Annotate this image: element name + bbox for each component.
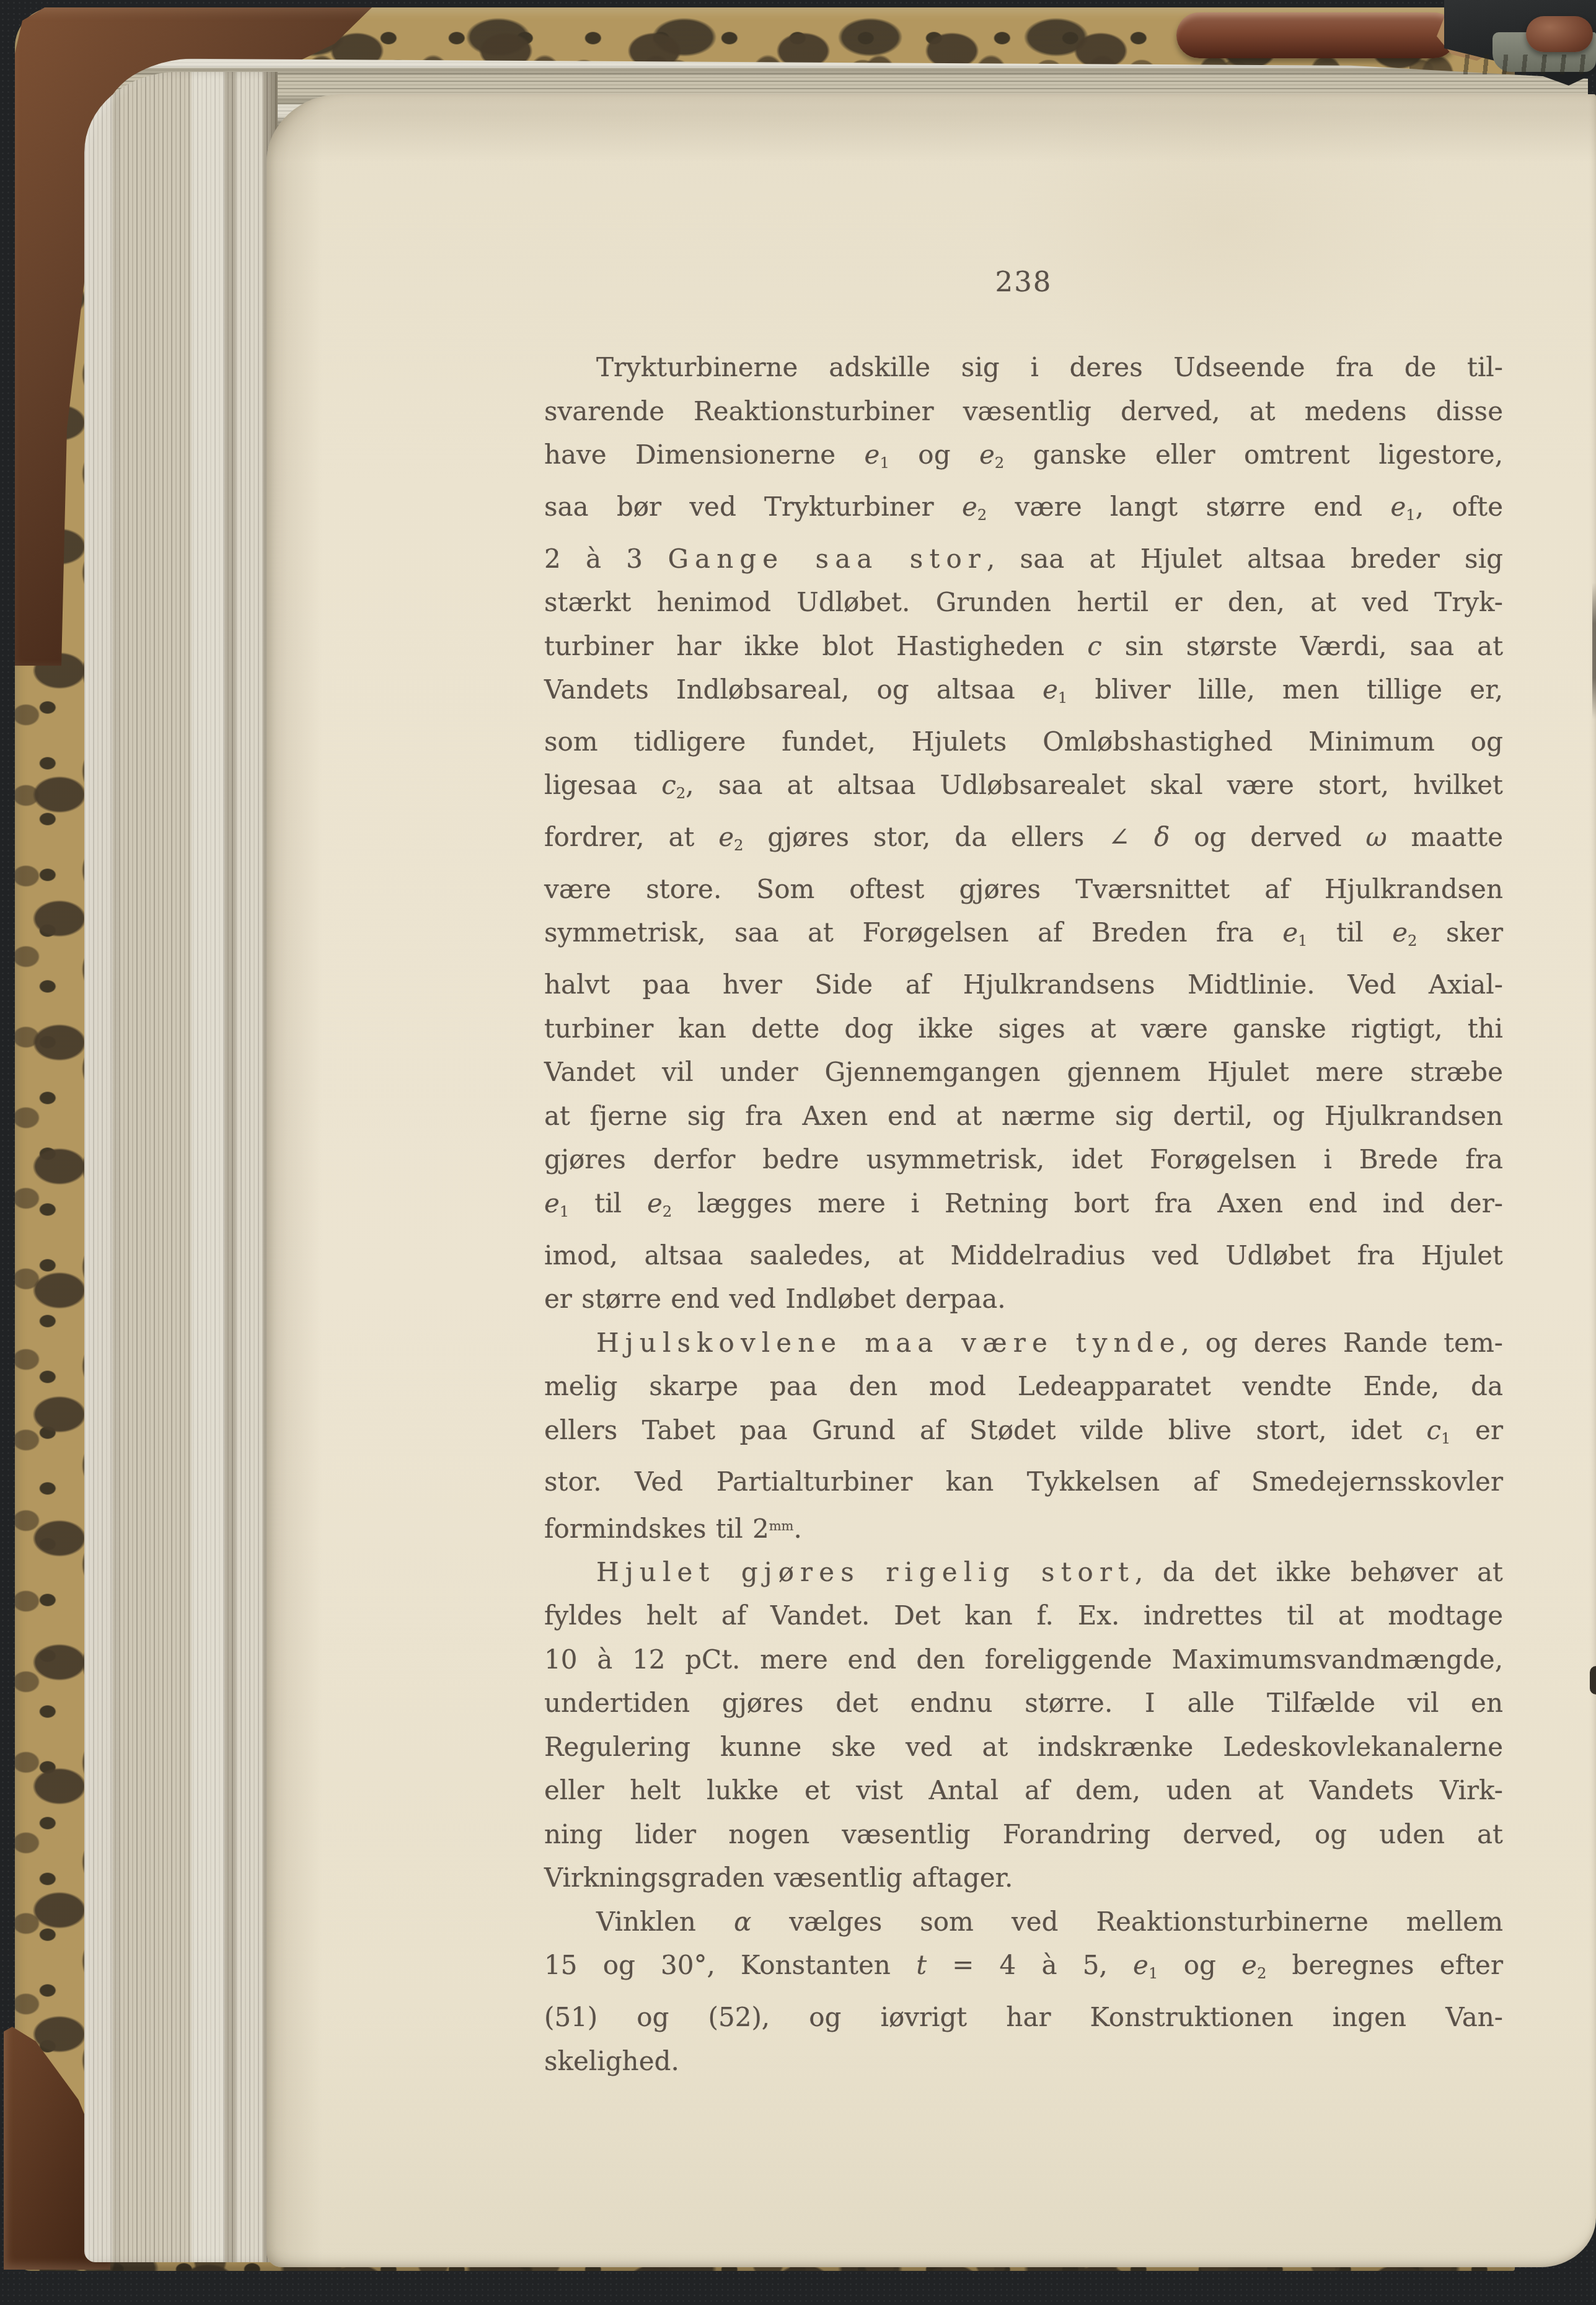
text-line: 10 à 12 pCt. mere end den foreliggende M… bbox=[544, 1638, 1503, 1682]
text-line: Hjulet gjøres rigelig stort, da det ikke… bbox=[544, 1551, 1503, 1595]
photo-background: 238 Trykturbinerne adskille sig i deres … bbox=[0, 0, 1596, 2305]
page-edges-left bbox=[84, 72, 278, 2262]
text-line: som tidligere fundet, Hjulets Omløbshast… bbox=[544, 720, 1503, 764]
endband-stitching bbox=[1450, 55, 1592, 74]
text-line: Trykturbinerne adskille sig i deres Udse… bbox=[544, 346, 1503, 390]
text-line: Regulering kunne ske ved at indskrænke L… bbox=[544, 1725, 1503, 1770]
text-line: (51) og (52), og iøvrigt har Konstruktio… bbox=[544, 1996, 1503, 2040]
text-line: halvt paa hver Side af Hjulkrandsens Mid… bbox=[544, 963, 1503, 1007]
text-line: er større end ved Indløbet derpaa. bbox=[544, 1277, 1503, 1321]
text-line: skelighed. bbox=[544, 2040, 1503, 2084]
text-line: svarende Reaktionsturbiner væsentlig der… bbox=[544, 390, 1503, 434]
text-line: melig skarpe paa den mod Ledeapparatet v… bbox=[544, 1365, 1503, 1409]
text-line: Hjulskovlene maa være tynde, og deres Ra… bbox=[544, 1321, 1503, 1365]
text-line: Vandet vil under Gjennemgangen gjennem H… bbox=[544, 1051, 1503, 1095]
text-line: e1 til e2 lægges mere i Retning bort fra… bbox=[544, 1182, 1503, 1234]
text-line: gjøres derfor bedre usymmetrisk, idet Fo… bbox=[544, 1138, 1503, 1182]
text-line: Vinklen α vælges som ved Reaktionsturbin… bbox=[544, 1900, 1503, 1944]
text-line: turbiner har ikke blot Hastigheden c sin… bbox=[544, 625, 1503, 669]
text-block: Trykturbinerne adskille sig i deres Udse… bbox=[544, 346, 1503, 2083]
text-line: turbiner kan dette dog ikke siges at vær… bbox=[544, 1007, 1503, 1051]
text-line: Vandets Indløbsareal, og altsaa e1 blive… bbox=[544, 668, 1503, 720]
endband-roll bbox=[1526, 16, 1593, 52]
text-line: stærkt henimod Udløbet. Grunden hertil e… bbox=[544, 581, 1503, 625]
text-line: at fjerne sig fra Axen end at nærme sig … bbox=[544, 1095, 1503, 1139]
text-line: undertiden gjøres det endnu større. I al… bbox=[544, 1681, 1503, 1725]
text-line: formindskes til 2mm. bbox=[544, 1504, 1503, 1551]
text-line: imod, altsaa saaledes, at Middelradius v… bbox=[544, 1234, 1503, 1278]
text-line: være store. Som oftest gjøres Tværsnitte… bbox=[544, 868, 1503, 912]
page-edge-notch bbox=[1590, 1666, 1596, 1695]
text-line: ning lider nogen væsentlig Forandring de… bbox=[544, 1813, 1503, 1857]
text-line: 15 og 30°, Konstanten t = 4 à 5, e1 og e… bbox=[544, 1944, 1503, 1996]
text-line: ellers Tabet paa Grund af Stødet vilde b… bbox=[544, 1409, 1503, 1461]
text-line: ligesaa c2, saa at altsaa Udløbsarealet … bbox=[544, 764, 1503, 816]
text-line: 2 à 3 Gange saa stor, saa at Hjulet alts… bbox=[544, 537, 1503, 581]
text-line: fyldes helt af Vandet. Det kan f. Ex. in… bbox=[544, 1594, 1503, 1638]
spine-leather-roll bbox=[1176, 12, 1457, 58]
text-line: eller helt lukke et vist Antal af dem, u… bbox=[544, 1769, 1503, 1813]
text-line: saa bør ved Trykturbiner e2 være langt s… bbox=[544, 485, 1503, 537]
page-edge-shadow bbox=[1592, 583, 1596, 719]
text-line: stor. Ved Partialturbiner kan Tykkelsen … bbox=[544, 1460, 1503, 1504]
text-line: have Dimensionerne e1 og e2 ganske eller… bbox=[544, 433, 1503, 485]
page-number: 238 bbox=[544, 265, 1503, 298]
text-line: fordrer, at e2 gjøres stor, da ellers ∠ … bbox=[544, 816, 1503, 868]
text-line: Virkningsgraden væsentlig aftager. bbox=[544, 1856, 1503, 1900]
text-line: symmetrisk, saa at Forøgelsen af Breden … bbox=[544, 911, 1503, 963]
